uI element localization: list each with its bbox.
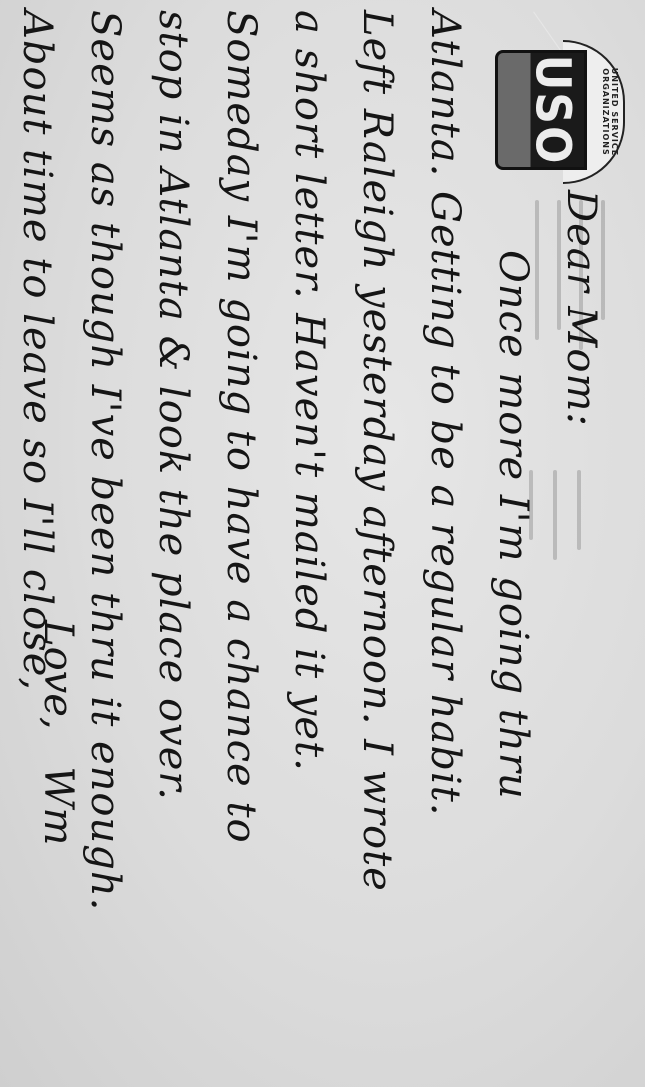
signature: Wm [35,766,81,845]
closing: Love, Wm [31,620,85,845]
uso-logo: UNITED SERVICE ORGANIZATIONS USO [485,30,625,190]
logo-letters: USO [524,53,580,167]
valediction: Love, [35,620,81,730]
letter-line: stop in Atlanta & look the place over. [139,10,207,1060]
letter-line: Someday I'm going to have a chance to [207,10,275,1060]
postcard: UNITED SERVICE ORGANIZATIONS USO Dear Mo… [0,0,645,1087]
letter-body: Dear Mom: Once more I'm going thru Atlan… [3,180,615,1060]
letter-line: Seems as though I've been thru it enough… [71,10,139,1060]
letter-line: About time to leave so I'll close, [3,10,71,1060]
letter-line: a short letter. Haven't mailed it yet. [275,10,343,1060]
letter-line: Atlanta. Getting to be a regular habit. [411,10,479,1060]
logo-ribbon-text: UNITED SERVICE ORGANIZATIONS [601,42,619,182]
salutation: Dear Mom: [547,180,615,1060]
postcard-frame: UNITED SERVICE ORGANIZATIONS USO Dear Mo… [0,0,645,1087]
letter-line: Left Raleigh yesterday afternoon. I wrot… [343,10,411,1060]
logo-shield: USO [495,50,587,170]
letter-line: Once more I'm going thru [479,180,547,1060]
